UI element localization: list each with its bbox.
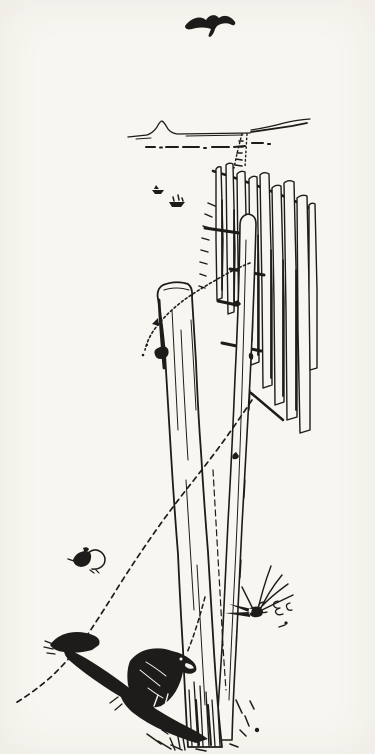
- fence-trail: [234, 134, 247, 168]
- horizon-line: [128, 119, 310, 139]
- ink-illustration: [0, 0, 375, 754]
- bird-eye: [180, 658, 183, 661]
- small-bird: [68, 547, 105, 573]
- water-reflections: [146, 143, 270, 148]
- flying-bird-icon: [185, 15, 235, 37]
- boats: [152, 185, 185, 207]
- fence-wires: [14, 263, 252, 704]
- middle-fence-posts: [199, 163, 317, 433]
- distant-hill: [128, 121, 250, 137]
